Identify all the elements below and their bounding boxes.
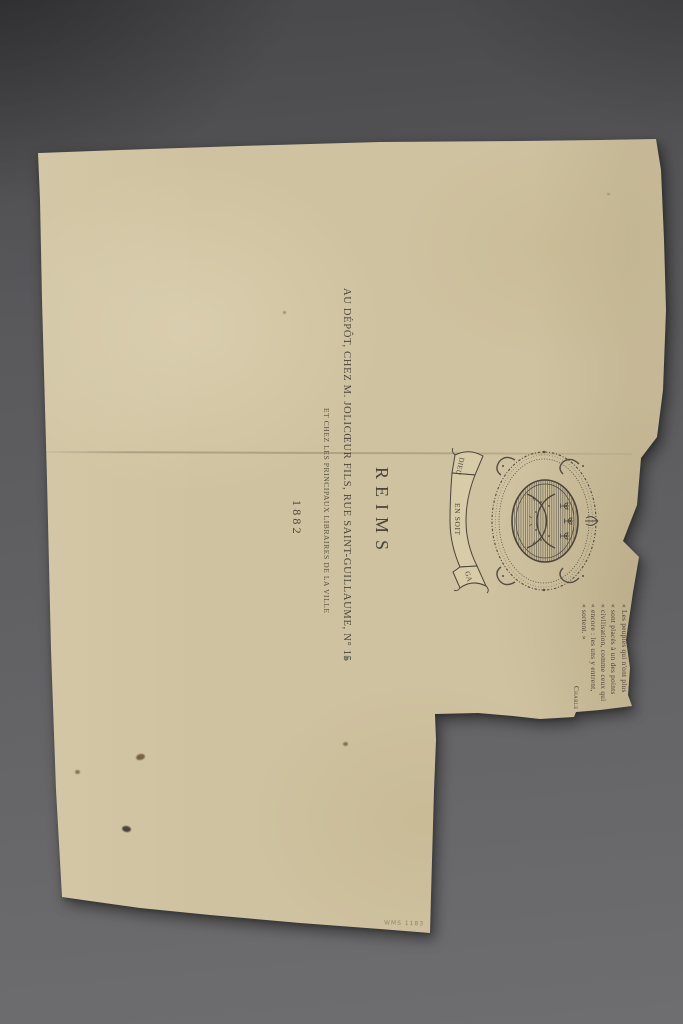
epigraph-line: « sont placés à un des points: [609, 604, 617, 695]
photo-background: REIMS AU DÉPÔT, CHEZ M. JOLICŒUR FILS, R…: [0, 0, 683, 1024]
paper-sheet: REIMS AU DÉPÔT, CHEZ M. JOLICŒUR FILS, R…: [0, 0, 683, 1024]
epigraph-line: « encore : les uns y entrent,: [589, 604, 597, 692]
imprint-year: 1882: [289, 500, 304, 537]
paper-shadow: REIMS AU DÉPÔT, CHEZ M. JOLICŒUR FILS, R…: [0, 0, 683, 1024]
foxing-spot: [283, 311, 286, 314]
motto-ribbon: DIEU EN SOIT GA: [450, 448, 488, 593]
epigraph-line: « civilisation, comme ceux qui: [599, 604, 607, 701]
foxing-spot: [343, 742, 348, 746]
foxing-spot: [607, 193, 610, 195]
motto-text-en-soit: EN SOIT: [453, 503, 462, 536]
coat-of-arms-engraving: DIEU EN SOIT GA: [437, 446, 599, 596]
foxing-spot: [135, 753, 145, 761]
epigraph-attribution: Charle: [572, 686, 580, 710]
epigraph-line: « sortent. »: [580, 604, 588, 640]
pencil-inscription: WMS 1183: [384, 919, 424, 927]
imprint-city: REIMS: [371, 467, 392, 557]
foxing-spot: [122, 825, 132, 832]
epigraph-line: « Les peuples qui n'ont plus: [620, 604, 628, 693]
imprint-booksellers-line: ET CHEZ LES PRINCIPAUX LIBRAIRES DE LA V…: [322, 408, 331, 614]
reims-coat-of-arms: DIEU EN SOIT GA: [437, 446, 599, 596]
foxing-spot: [75, 770, 80, 774]
corner-scroll: [560, 459, 579, 474]
imprint-address-line: AU DÉPÔT, CHEZ M. JOLICŒUR FILS, RUE SAI…: [341, 288, 352, 662]
